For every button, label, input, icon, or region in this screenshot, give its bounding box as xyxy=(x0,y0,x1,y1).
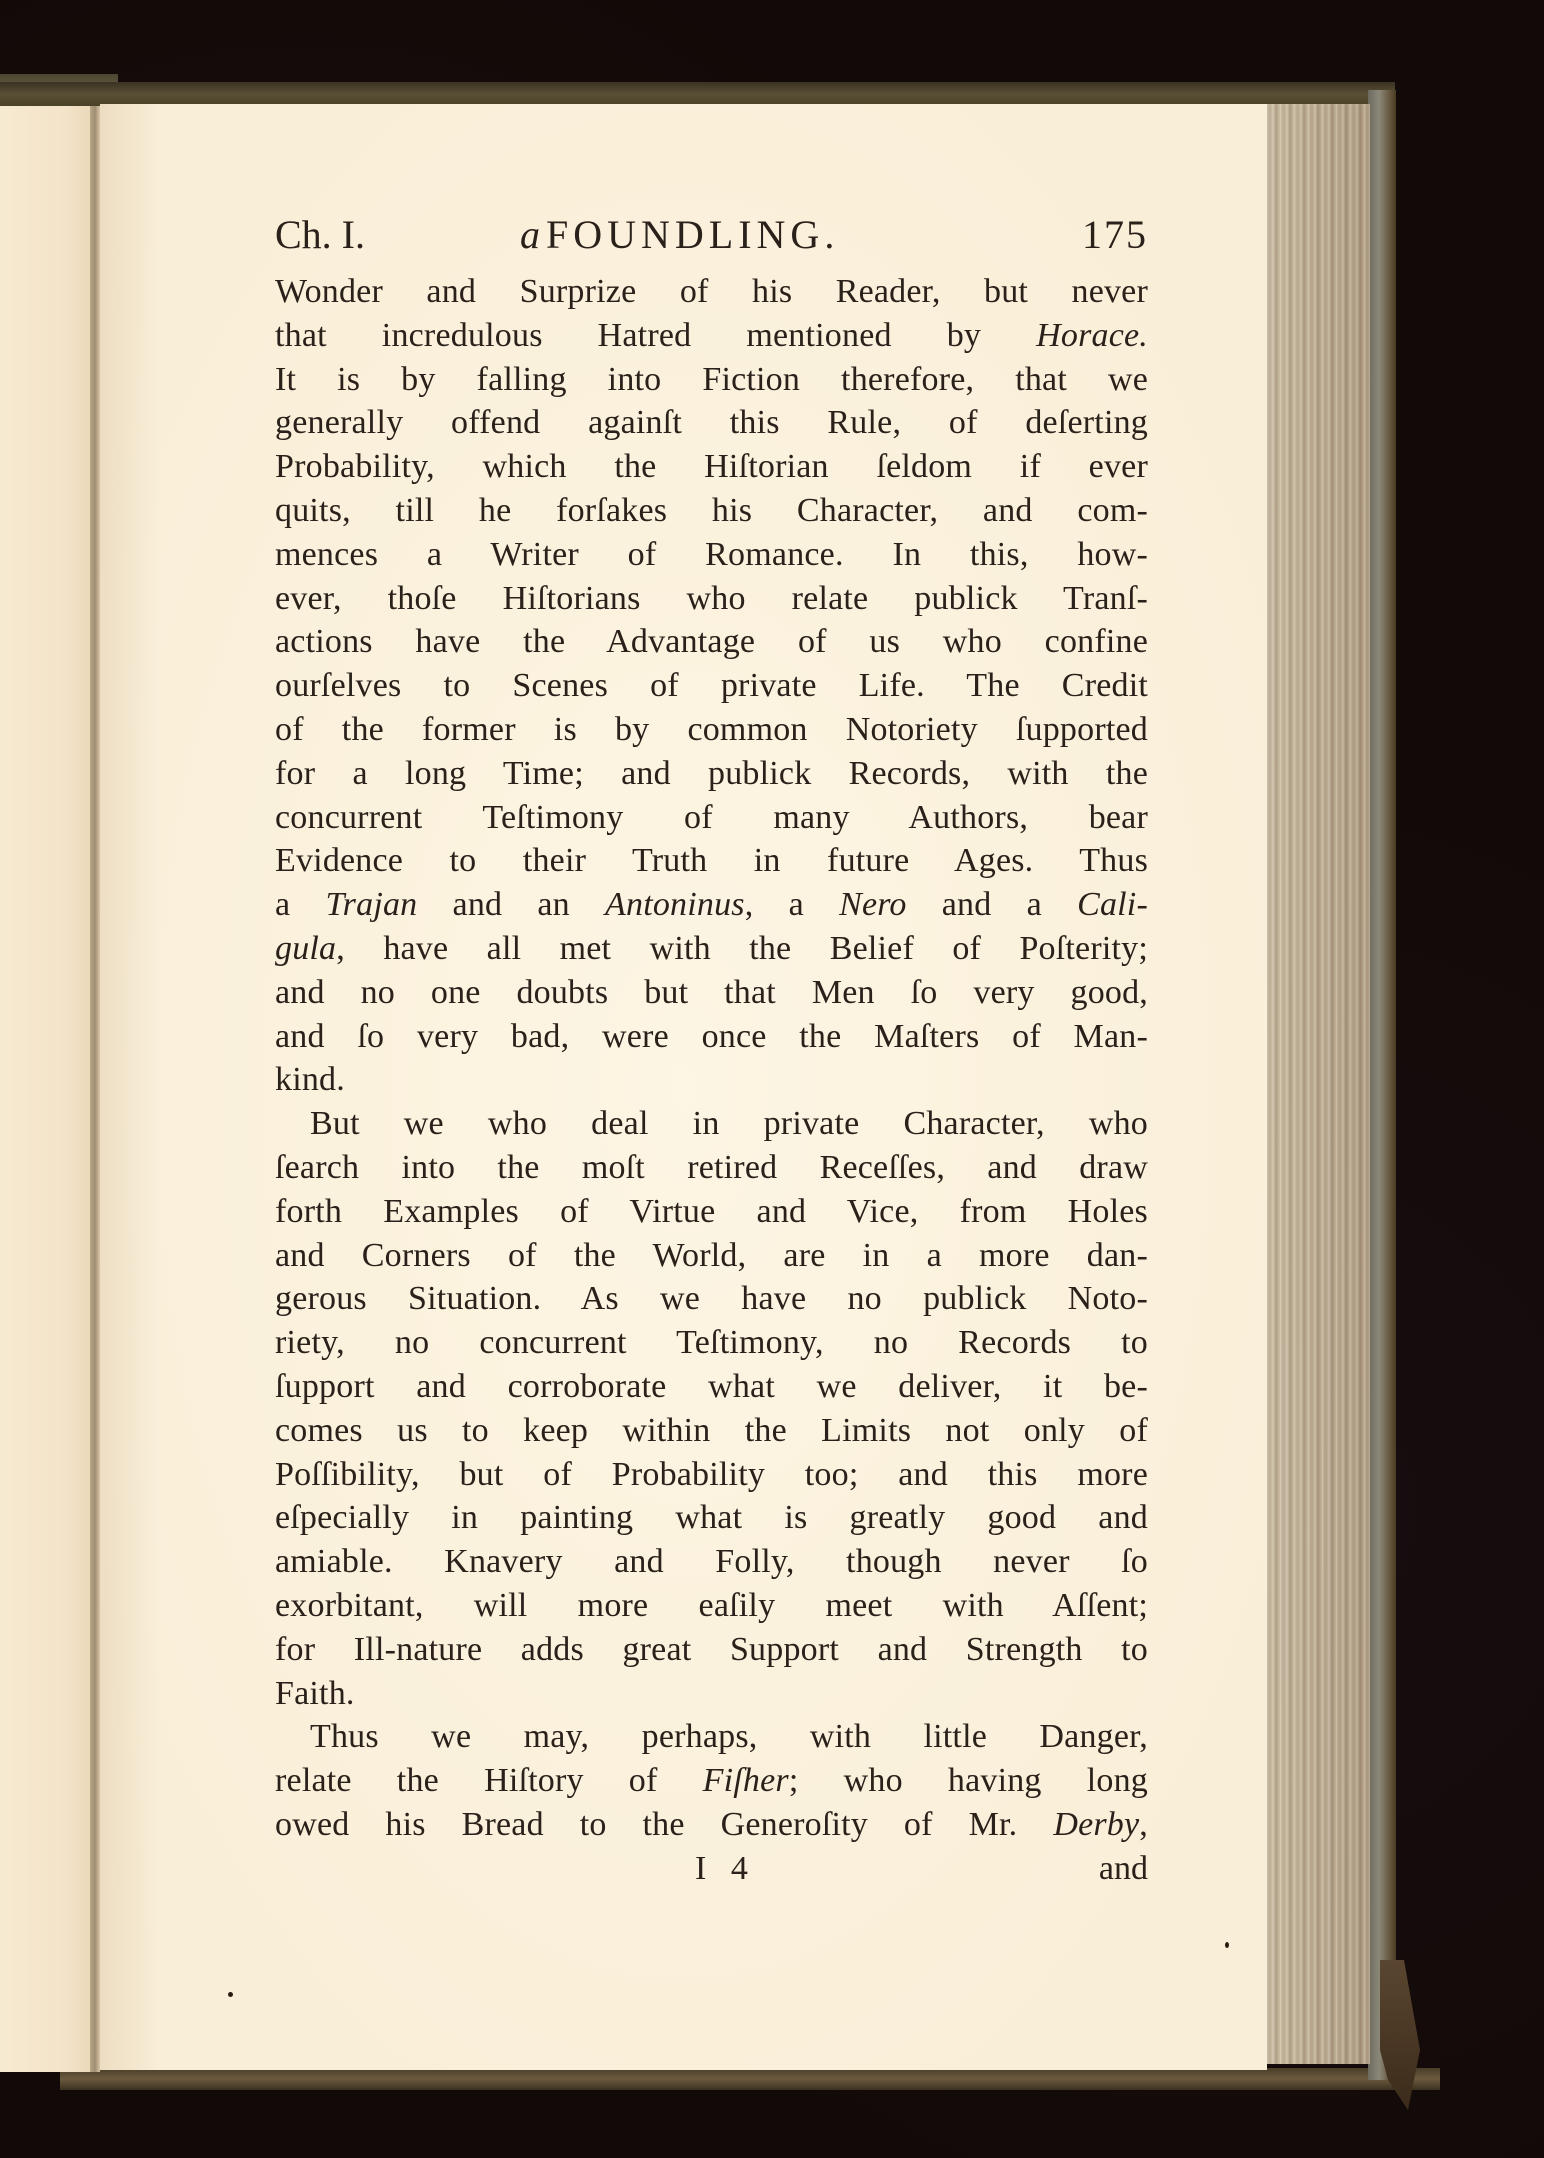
text-line: ever, thoſe Hiſtorians who relate public… xyxy=(275,577,1148,621)
text-line: amiable. Knavery and Folly, though never… xyxy=(275,1540,1148,1584)
text-line: ourſelves to Scenes of private Life. The… xyxy=(275,664,1148,708)
book-spine-edge-right xyxy=(1368,90,1396,2080)
text-line: that incredulous Hatred mentioned by Hor… xyxy=(275,314,1148,358)
text-line: generally offend againſt this Rule, of d… xyxy=(275,401,1148,445)
book-cover-edge-bottom xyxy=(60,2068,1440,2090)
italic-text: Trajan xyxy=(325,886,417,923)
page-block-edges xyxy=(1267,104,1370,2064)
text-line: for a long Time; and publick Records, wi… xyxy=(275,752,1148,796)
text-run: a xyxy=(275,886,325,923)
italic-text: Antoninus xyxy=(605,886,745,923)
italic-text: Cali- xyxy=(1077,886,1148,923)
page-text: Ch. I. aFOUNDLING. 175 Wonder and Surpri… xyxy=(275,200,1148,1890)
running-head: Ch. I. aFOUNDLING. 175 xyxy=(275,200,1148,270)
paper-speck xyxy=(228,1992,233,1997)
text-line: relate the Hiſtory of Fiſher; who having… xyxy=(275,1759,1148,1803)
text-run: ; who having long xyxy=(789,1762,1148,1799)
italic-text: Fiſher xyxy=(703,1762,789,1799)
text-run: and a xyxy=(907,886,1077,923)
text-line: a Trajan and an Antoninus, a Nero and a … xyxy=(275,883,1148,927)
text-line: forth Examples of Virtue and Vice, from … xyxy=(275,1190,1148,1234)
text-line: Faith. xyxy=(275,1672,1148,1716)
book-cover-edge-top xyxy=(0,82,1395,106)
text-line: quits, till he forſakes his Character, a… xyxy=(275,489,1148,533)
title-main: FOUNDLING. xyxy=(546,212,839,257)
text-line: Wonder and Surprize of his Reader, but n… xyxy=(275,270,1148,314)
text-line: and no one doubts but that Men ſo very g… xyxy=(275,971,1148,1015)
text-line: gerous Situation. As we have no publick … xyxy=(275,1277,1148,1321)
text-line: But we who deal in private Character, wh… xyxy=(275,1102,1148,1146)
text-line: kind. xyxy=(275,1058,1148,1102)
page-footer: I 4 and xyxy=(275,1847,1148,1891)
text-line: and ſo very bad, were once the Maſters o… xyxy=(275,1015,1148,1059)
paper-speck xyxy=(1225,1942,1229,1948)
italic-text: gula xyxy=(275,930,336,967)
text-line: Poſſibility, but of Probability too; and… xyxy=(275,1453,1148,1497)
italic-text: Nero xyxy=(839,886,907,923)
text-line: gula, have all met with the Belief of Po… xyxy=(275,927,1148,971)
text-line: ſearch into the moſt retired Receſſes, a… xyxy=(275,1146,1148,1190)
catchword: and xyxy=(1099,1847,1148,1891)
text-run: that incredulous Hatred mentioned by xyxy=(275,317,1036,354)
text-run: , have all met with the Belief of Poſter… xyxy=(336,930,1148,967)
text-run: relate the Hiſtory of xyxy=(275,1762,703,1799)
left-page-margin xyxy=(0,106,96,2072)
italic-text: Horace. xyxy=(1036,317,1148,354)
signature-mark: I 4 xyxy=(695,1847,756,1891)
text-run: , xyxy=(1139,1806,1148,1843)
text-run: , a xyxy=(745,886,839,923)
text-line: Evidence to their Truth in future Ages. … xyxy=(275,839,1148,883)
text-line: Probability, which the Hiſtorian ſeldom … xyxy=(275,445,1148,489)
text-line: eſpecially in painting what is greatly g… xyxy=(275,1496,1148,1540)
title-prefix: a xyxy=(520,212,540,257)
text-line: exorbitant, will more eaſily meet with A… xyxy=(275,1584,1148,1628)
text-line: of the former is by common Notoriety ſup… xyxy=(275,708,1148,752)
page-number: 175 xyxy=(1082,200,1148,270)
chapter-label: Ch. I. xyxy=(275,200,365,270)
text-line: ſupport and corroborate what we deliver,… xyxy=(275,1365,1148,1409)
text-line: for Ill-nature adds great Support and St… xyxy=(275,1628,1148,1672)
text-line: mences a Writer of Romance. In this, how… xyxy=(275,533,1148,577)
body-text: Wonder and Surprize of his Reader, but n… xyxy=(275,270,1148,1847)
text-line: and Corners of the World, are in a more … xyxy=(275,1234,1148,1278)
text-run: and an xyxy=(417,886,605,923)
text-line: actions have the Advantage of us who con… xyxy=(275,620,1148,664)
text-line: It is by falling into Fiction therefore,… xyxy=(275,358,1148,402)
book-gutter xyxy=(90,106,100,2072)
text-run: owed his Bread to the Generoſity of Mr. xyxy=(275,1806,1053,1843)
book-title: aFOUNDLING. xyxy=(520,200,839,270)
text-line: comes us to keep within the Limits not o… xyxy=(275,1409,1148,1453)
text-line: owed his Bread to the Generoſity of Mr. … xyxy=(275,1803,1148,1847)
italic-text: Derby xyxy=(1053,1806,1139,1843)
text-line: riety, no concurrent Teſtimony, no Recor… xyxy=(275,1321,1148,1365)
text-line: Thus we may, perhaps, with little Danger… xyxy=(275,1715,1148,1759)
text-line: concurrent Teſtimony of many Authors, be… xyxy=(275,796,1148,840)
